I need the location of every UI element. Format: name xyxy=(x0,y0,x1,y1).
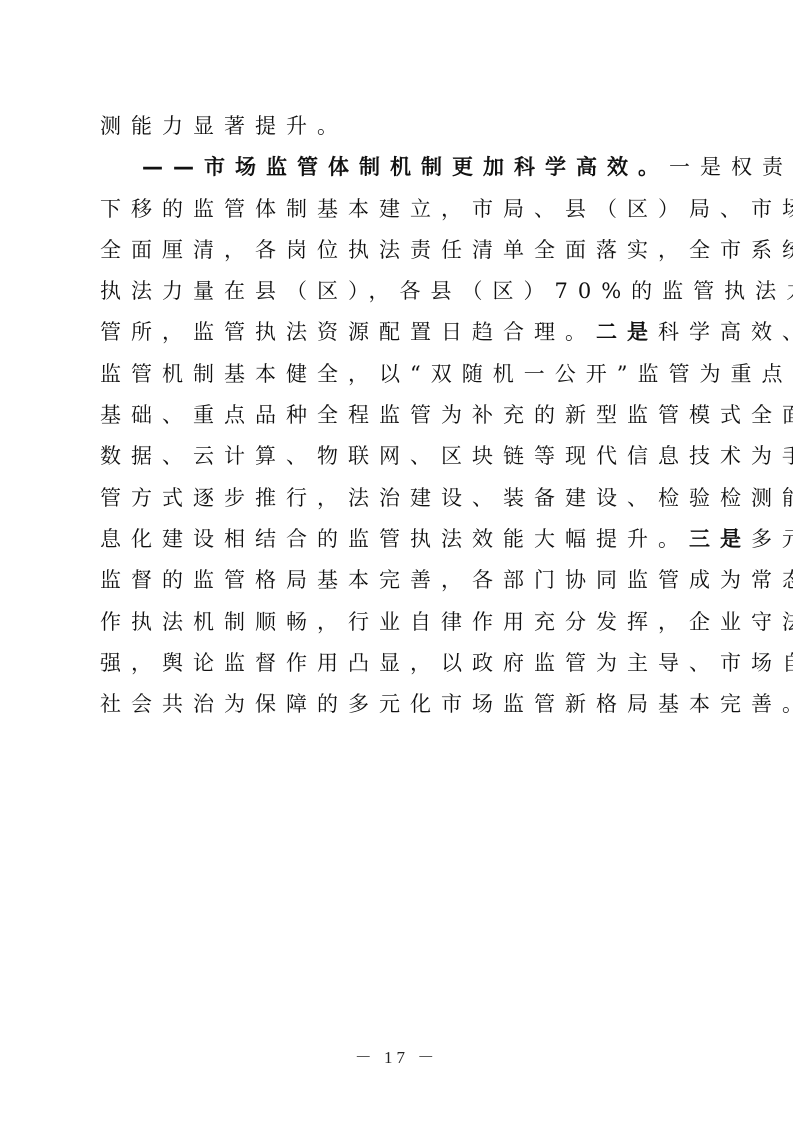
text-line: 执法力量在县（区），各县（区）70%的监管执法力量在市场监 xyxy=(100,271,706,312)
text-line: 监管机制基本健全，以“双随机一公开”监管为重点、信用监管为 xyxy=(100,354,706,395)
text-segment: 数据、云计算、物联网、区块链等现代信息技术为手段的新型监 xyxy=(100,444,793,468)
text-segment: 强，舆论监督作用凸显，以政府监管为主导、市场自律为基础、 xyxy=(100,651,793,675)
text-segment: 多元共治、社会 xyxy=(751,527,793,551)
text-line: 强，舆论监督作用凸显，以政府监管为主导、市场自律为基础、 xyxy=(100,643,706,684)
text-segment: 监管机制基本健全，以“双随机一公开”监管为重点、信用监管为 xyxy=(100,362,793,386)
section-heading-line: ——市场监管体制机制更加科学高效。一是权责明晰、重心 xyxy=(100,147,706,188)
text-segment: 一是权责明晰、重心 xyxy=(669,155,793,179)
text-segment: 科学高效、手段先进的 xyxy=(658,320,793,344)
text-segment: 全面厘清，各岗位执法责任清单全面落实，全市系统70%的监管 xyxy=(100,238,793,262)
page-number: － 17 － xyxy=(0,1043,793,1068)
text-segment: 作执法机制顺畅，行业自律作用充分发挥，企业守法意识明显增 xyxy=(100,610,793,634)
text-line: 测能力显著提升。 xyxy=(100,106,706,147)
text-segment: 测能力显著提升。 xyxy=(100,114,348,138)
text-segment: 下移的监管体制基本建立，市局、县（区）局、市场监管所职责 xyxy=(100,197,793,221)
text-line: 作执法机制顺畅，行业自律作用充分发挥，企业守法意识明显增 xyxy=(100,602,706,643)
text-segment: 基础、重点品种全程监管为补充的新型监管模式全面建立，以大 xyxy=(100,403,793,427)
emphasis-label: 三是 xyxy=(689,527,751,551)
text-segment: 管方式逐步推行，法治建设、装备建设、检验检测能力建设、信 xyxy=(100,486,793,510)
text-segment: 监督的监管格局基本完善，各部门协同监管成为常态，跨区域协 xyxy=(100,568,793,592)
text-line: 管所，监管执法资源配置日趋合理。二是科学高效、手段先进的 xyxy=(100,312,706,353)
text-line: 管方式逐步推行，法治建设、装备建设、检验检测能力建设、信 xyxy=(100,478,706,519)
text-segment: 管所，监管执法资源配置日趋合理。 xyxy=(100,320,596,344)
text-line: 全面厘清，各岗位执法责任清单全面落实，全市系统70%的监管 xyxy=(100,230,706,271)
text-line: 下移的监管体制基本建立，市局、县（区）局、市场监管所职责 xyxy=(100,189,706,230)
document-page: 测能力显著提升。 ——市场监管体制机制更加科学高效。一是权责明晰、重心 下移的监… xyxy=(0,0,793,1122)
body-text: 测能力显著提升。 ——市场监管体制机制更加科学高效。一是权责明晰、重心 下移的监… xyxy=(100,106,706,725)
text-line: 基础、重点品种全程监管为补充的新型监管模式全面建立，以大 xyxy=(100,395,706,436)
text-segment: 执法力量在县（区），各县（区）70%的监管执法力量在市场监 xyxy=(100,279,793,303)
text-line: 数据、云计算、物联网、区块链等现代信息技术为手段的新型监 xyxy=(100,436,706,477)
emphasis-label: 二是 xyxy=(596,320,658,344)
text-segment: 社会共治为保障的多元化市场监管新格局基本完善。 xyxy=(100,692,793,716)
text-line: 监督的监管格局基本完善，各部门协同监管成为常态，跨区域协 xyxy=(100,560,706,601)
text-segment: 息化建设相结合的监管执法效能大幅提升。 xyxy=(100,527,689,551)
text-line: 息化建设相结合的监管执法效能大幅提升。三是多元共治、社会 xyxy=(100,519,706,560)
section-heading: ——市场监管体制机制更加科学高效。 xyxy=(142,155,669,179)
text-line: 社会共治为保障的多元化市场监管新格局基本完善。 xyxy=(100,684,706,725)
